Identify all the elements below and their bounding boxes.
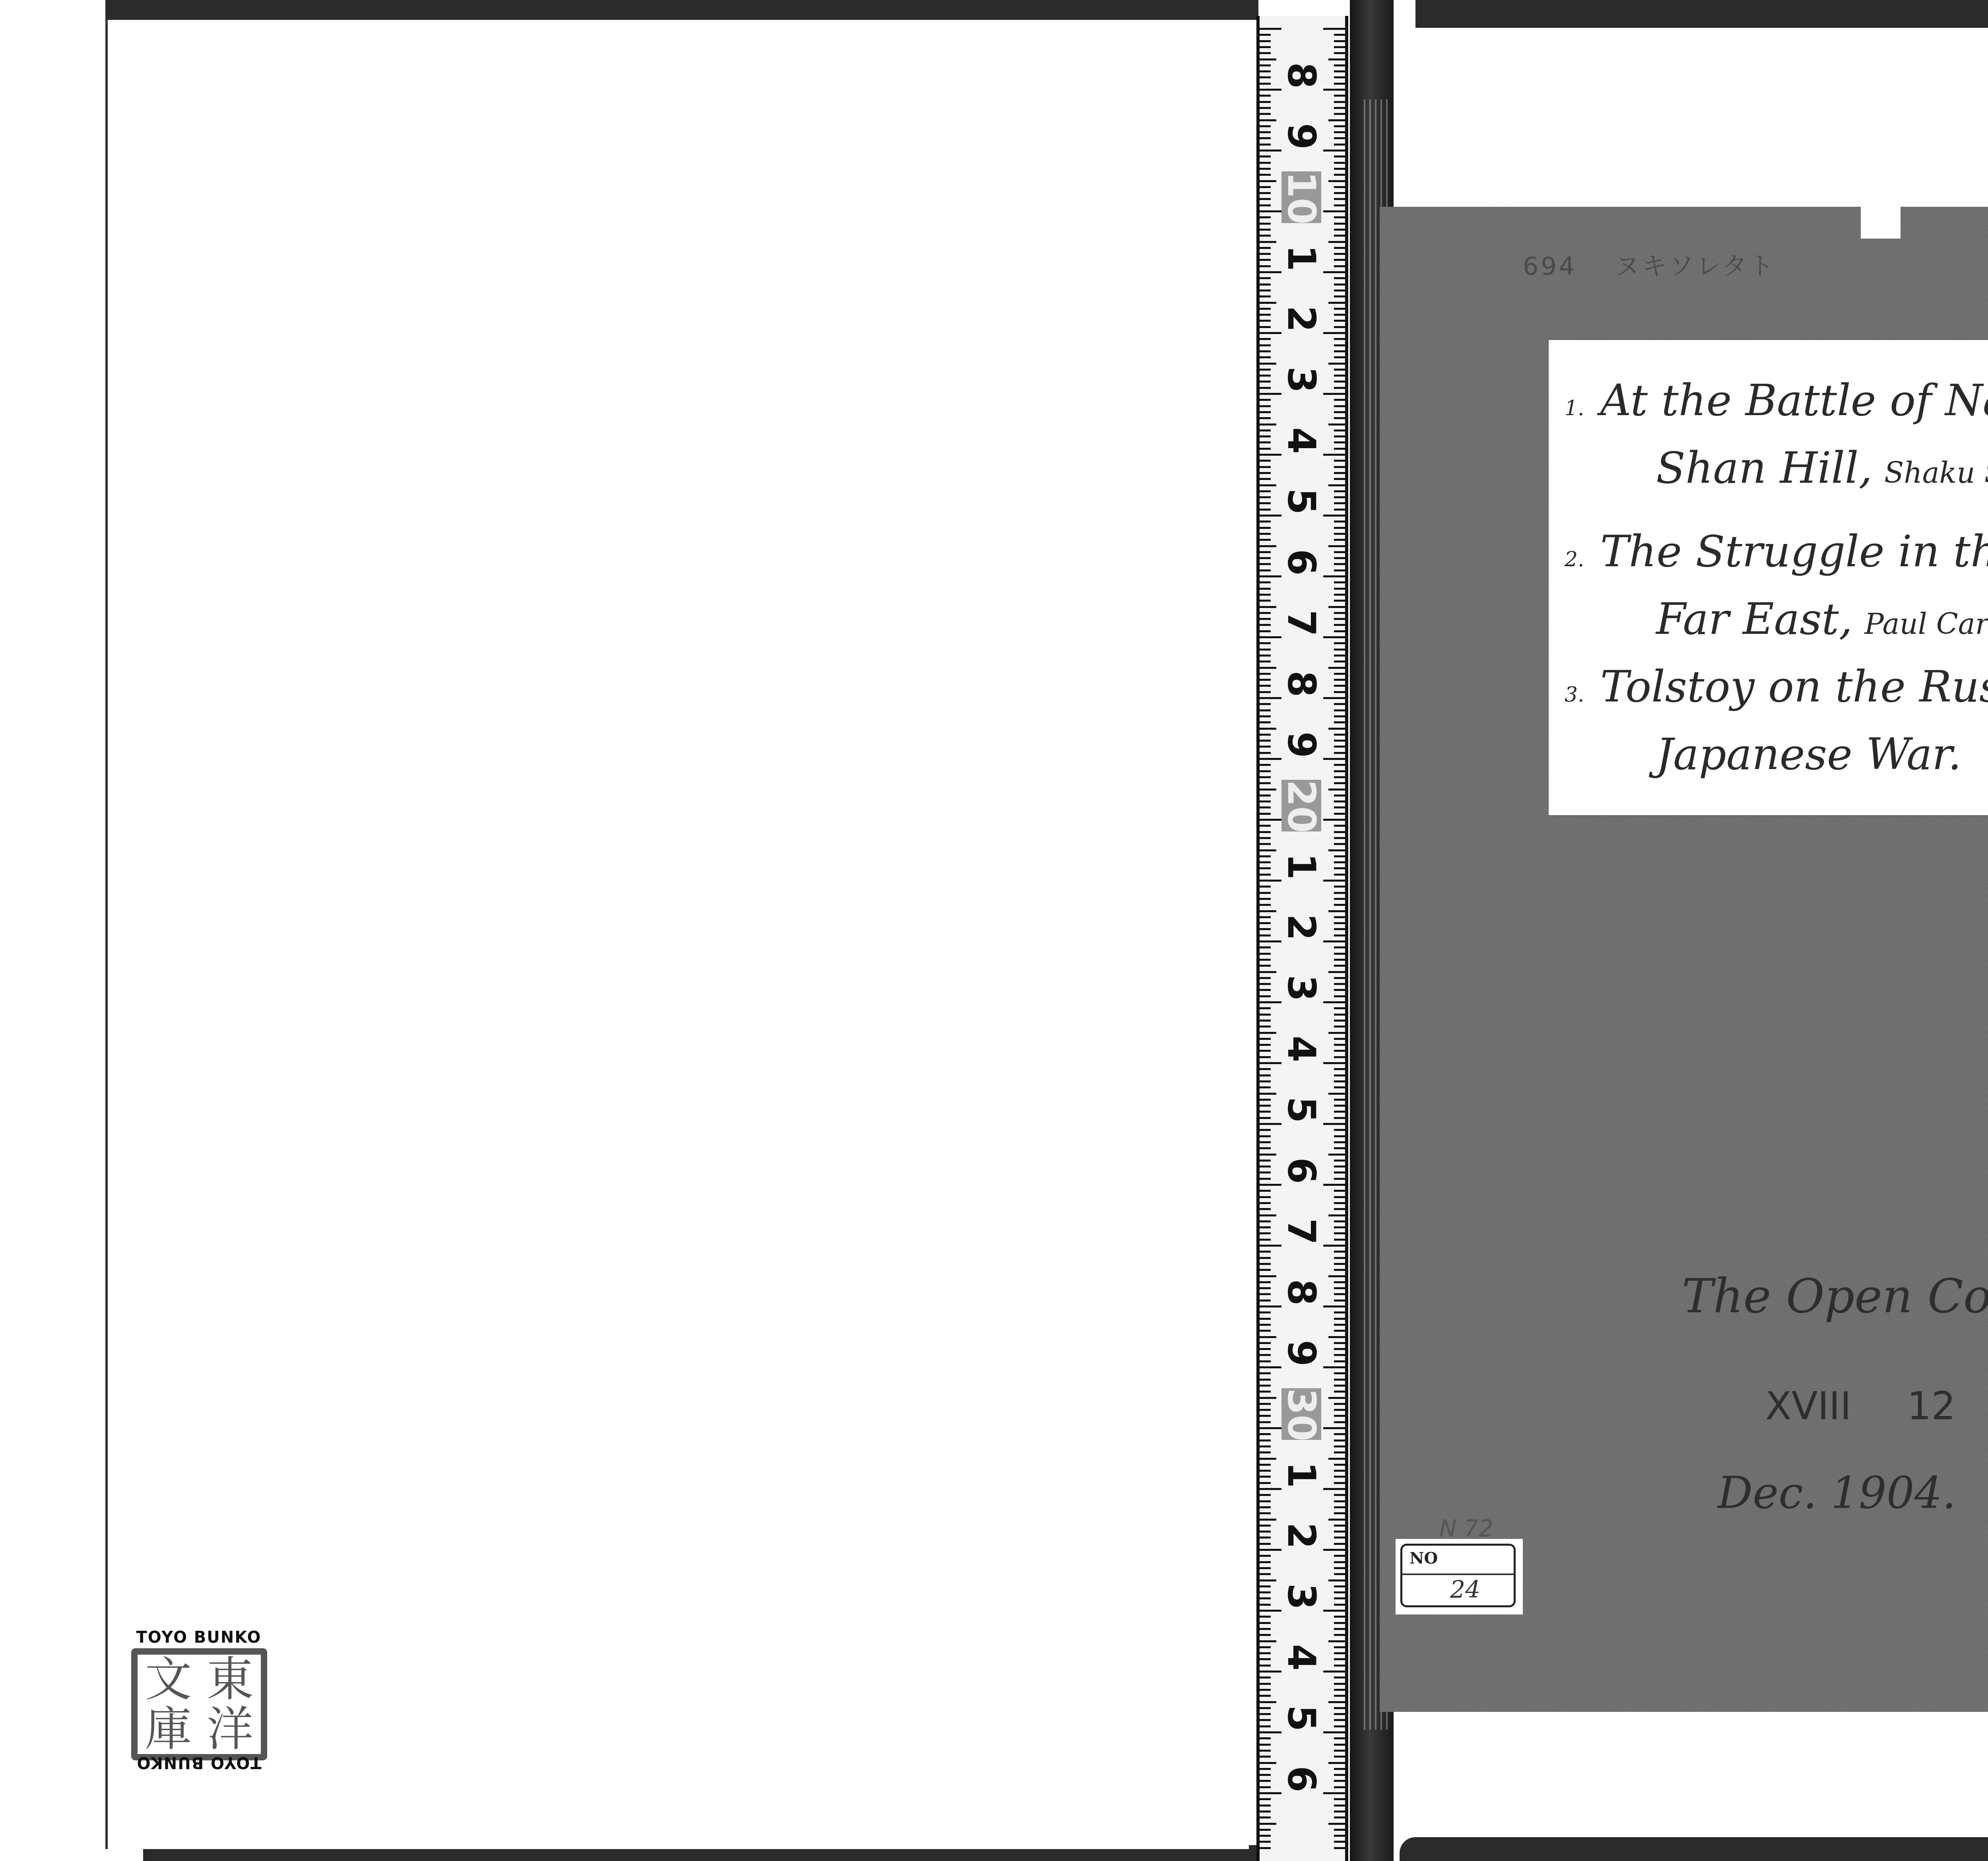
ruler-tick: [1260, 144, 1271, 146]
ruler-tick: [1334, 1360, 1345, 1362]
ruler-tick: [1334, 1111, 1345, 1113]
ruler-tick: [1260, 1093, 1276, 1095]
ruler-number: 10: [1281, 171, 1321, 223]
ruler-tick: [1260, 1208, 1271, 1210]
ruler-tick: [1260, 849, 1276, 851]
ruler-tick: [1260, 1111, 1271, 1113]
ruler-tick: [1334, 874, 1345, 876]
ruler-tick: [1260, 1725, 1271, 1727]
ruler-tick: [1260, 624, 1271, 626]
ruler-tick: [1334, 1403, 1345, 1405]
ruler-tick: [1334, 490, 1345, 492]
ruler-tick: [1260, 405, 1271, 407]
ruler-tick: [1334, 795, 1345, 796]
ruler-tick: [1334, 1725, 1345, 1727]
ruler-tick: [1260, 1445, 1271, 1447]
ruler-tick: [1260, 1622, 1271, 1624]
ruler-tick: [1260, 490, 1271, 492]
ruler-tick: [1334, 70, 1345, 72]
ruler-tick: [1334, 709, 1345, 711]
entry-3-line-2: Japanese War.: [1656, 730, 1961, 779]
ruler-tick: [1260, 685, 1271, 687]
ruler-tick: [1334, 216, 1345, 218]
ruler-tick: [1328, 1154, 1345, 1156]
ruler-tick: [1328, 1640, 1345, 1642]
ruler-tick: [1260, 1792, 1281, 1794]
ruler-tick: [1260, 284, 1271, 286]
issue-number: 12: [1907, 1384, 1955, 1428]
ruler-tick: [1334, 813, 1345, 815]
ruler-tick: [1334, 1780, 1345, 1782]
ruler-tick: [1260, 728, 1276, 730]
ruler-tick: [1334, 752, 1345, 754]
ruler-tick: [1334, 642, 1345, 644]
ruler-tick: [1260, 1744, 1271, 1746]
ruler-tick: [1260, 959, 1271, 961]
ruler-tick: [1328, 1519, 1345, 1521]
ruler-tick: [1334, 1451, 1345, 1453]
ruler-tick: [1334, 1050, 1345, 1052]
ruler-tick: [1260, 1038, 1271, 1040]
ruler-tick: [1334, 131, 1345, 133]
ruler-tick: [1260, 867, 1271, 869]
ruler-tick: [1260, 1652, 1271, 1654]
ruler-tick: [1328, 849, 1345, 851]
ruler-tick: [1334, 843, 1345, 845]
ruler-tick: [1260, 150, 1281, 152]
ruler-tick: [1334, 1129, 1345, 1131]
ruler-tick: [1334, 101, 1345, 103]
entry-1-line-1: 1.At the Battle of Nan-: [1565, 376, 1988, 425]
ruler-number: 8: [1281, 1267, 1321, 1318]
ruler-tick: [1260, 1086, 1271, 1088]
ruler-tick: [1260, 76, 1271, 78]
ruler-tick: [1328, 910, 1345, 912]
ruler-number: 3: [1281, 962, 1321, 1014]
ruler-tick: [1334, 1683, 1345, 1685]
ruler-tick: [1334, 1232, 1345, 1234]
ruler-tick: [1260, 1074, 1271, 1076]
ruler-tick: [1260, 1640, 1276, 1642]
ruler-tick: [1260, 435, 1271, 437]
ruler-tick: [1260, 1847, 1271, 1849]
ruler-number: 2: [1281, 1510, 1321, 1562]
ruler-tick: [1260, 259, 1271, 261]
ruler-tick: [1334, 886, 1345, 888]
ruler-tick: [1334, 995, 1345, 997]
entry-title: Japanese War.: [1656, 730, 1961, 779]
ruler-tick: [1334, 1713, 1345, 1715]
ruler-tick: [1260, 1020, 1271, 1022]
ruler-tick: [1334, 1178, 1345, 1180]
ruler-tick: [1328, 1762, 1345, 1764]
ruler-tick: [1260, 1750, 1271, 1752]
ruler-tick: [1334, 1805, 1345, 1807]
ruler-tick: [1260, 1178, 1271, 1180]
ruler-tick: [1334, 776, 1345, 778]
ruler-tick: [1334, 581, 1345, 583]
ruler-tick: [1323, 1366, 1345, 1368]
ruler-tick: [1334, 1841, 1345, 1843]
ruler-tick: [1260, 1780, 1271, 1782]
ruler-tick: [1260, 928, 1271, 930]
ruler-tick: [1334, 1135, 1345, 1137]
ruler-tick: [1334, 295, 1345, 297]
ruler-tick: [1260, 1117, 1271, 1119]
ruler-tick: [1334, 551, 1345, 553]
ruler-tick: [1260, 1099, 1271, 1101]
number-label: NO 24: [1396, 1539, 1523, 1614]
ruler-tick: [1334, 800, 1345, 802]
ruler-tick: [1260, 502, 1271, 504]
ruler-tick: [1334, 946, 1345, 948]
number-label-prefix: NO: [1409, 1549, 1438, 1568]
ruler-tick: [1334, 326, 1345, 328]
stamp-bottom-text: TOYO BUNKO: [127, 1753, 270, 1772]
ruler-tick: [1260, 295, 1271, 297]
ruler-tick: [1334, 1226, 1345, 1228]
ruler-tick: [1334, 204, 1345, 206]
ruler-tick: [1260, 216, 1271, 218]
ruler-tick: [1334, 76, 1345, 78]
ruler-tick: [1334, 502, 1345, 504]
ruler-tick: [1260, 1014, 1271, 1016]
ruler-tick: [1334, 229, 1345, 231]
ruler-tick: [1260, 594, 1271, 596]
ruler-tick: [1334, 1044, 1345, 1046]
ruler-tick: [1260, 1068, 1271, 1070]
number-label-divider: [1402, 1573, 1514, 1575]
ruler-tick: [1260, 363, 1276, 365]
ruler-tick: [1260, 1135, 1271, 1137]
ruler-tick: [1260, 174, 1271, 176]
ruler-tick: [1260, 1494, 1271, 1496]
ruler-tick: [1260, 241, 1276, 243]
ruler-tick: [1334, 1239, 1345, 1241]
ruler-tick: [1260, 1573, 1271, 1575]
ruler-tick: [1260, 983, 1271, 985]
ruler-number: 1: [1281, 1449, 1321, 1501]
ruler-tick: [1260, 843, 1271, 845]
ruler-tick: [1334, 630, 1345, 632]
ruler-tick: [1328, 1093, 1345, 1095]
ruler-tick: [1260, 1269, 1271, 1271]
ruler-tick: [1334, 928, 1345, 930]
ruler-tick: [1260, 679, 1271, 681]
ruler-tick: [1334, 721, 1345, 723]
ruler-tick: [1260, 819, 1281, 821]
ruler-tick: [1260, 977, 1271, 979]
ruler-tick: [1334, 338, 1345, 340]
ruler-tick: [1260, 1287, 1271, 1289]
ruler-tick: [1260, 1190, 1271, 1192]
ruler-tick: [1334, 1263, 1345, 1265]
ruler-tick: [1260, 277, 1271, 279]
ruler-tick: [1334, 441, 1345, 443]
ruler-tick: [1334, 1665, 1345, 1667]
ruler-tick: [1260, 448, 1271, 450]
ruler-tick: [1334, 1464, 1345, 1466]
ruler-tick: [1334, 1658, 1345, 1660]
ruler-tick: [1328, 728, 1345, 730]
ruler-tick: [1260, 703, 1271, 705]
ruler-tick: [1260, 1786, 1271, 1788]
ruler-tick: [1323, 758, 1345, 760]
ruler-tick: [1334, 496, 1345, 498]
ruler-tick: [1260, 155, 1271, 157]
ruler-tick: [1260, 965, 1271, 967]
ruler-tick: [1334, 1080, 1345, 1082]
ruler-tick: [1323, 1001, 1345, 1003]
ruler-tick: [1334, 1543, 1345, 1545]
ruler-tick: [1260, 1366, 1281, 1368]
ruler-tick: [1260, 1476, 1271, 1478]
ruler-tick: [1260, 180, 1276, 182]
ruler-tick: [1260, 302, 1276, 304]
ruler-tick: [1334, 113, 1345, 115]
contents-label: 1.At the Battle of Nan- Shan Hill,Shaku …: [1549, 340, 1988, 815]
ruler-tick: [1260, 1433, 1271, 1435]
ruler-tick: [1260, 1415, 1271, 1417]
ruler-tick: [1260, 1141, 1271, 1143]
entry-author: Shaku Sôyen.: [1884, 456, 1988, 490]
ruler-tick: [1260, 1129, 1271, 1131]
ruler-tick: [1334, 174, 1345, 176]
entry-author: Paul Carus.: [1864, 607, 1988, 641]
ruler-tick: [1334, 782, 1345, 784]
ruler-tick: [1260, 338, 1271, 340]
ruler-tick: [1260, 1336, 1276, 1338]
ruler-tick: [1260, 186, 1271, 188]
ruler-tick: [1260, 1816, 1271, 1818]
ruler-tick: [1260, 655, 1271, 657]
ruler-tick: [1260, 1823, 1276, 1825]
ruler-tick: [1260, 137, 1271, 139]
ruler-tick: [1323, 1184, 1345, 1186]
ruler-tick: [1323, 332, 1345, 334]
ruler-tick: [1260, 1421, 1271, 1423]
ruler-tick: [1260, 1080, 1271, 1082]
ruler-tick: [1334, 1816, 1345, 1818]
seal-char: 洋: [199, 1704, 261, 1754]
ruler-tick: [1260, 1506, 1271, 1508]
ruler-tick: [1334, 253, 1345, 255]
ruler-tick: [1260, 1671, 1281, 1673]
ruler-tick: [1260, 113, 1271, 115]
ruler-tick: [1334, 1007, 1345, 1009]
ruler-tick: [1260, 454, 1281, 456]
ruler-tick: [1334, 40, 1345, 42]
ruler-tick: [1323, 880, 1345, 882]
ruler-tick: [1334, 533, 1345, 535]
ruler-tick: [1260, 521, 1271, 523]
ruler-tick: [1334, 1348, 1345, 1350]
ruler-tick: [1334, 1105, 1345, 1107]
ruler-tick: [1260, 1604, 1271, 1606]
ruler-number: 7: [1281, 1206, 1321, 1257]
ruler-tick: [1323, 636, 1345, 638]
ruler-tick: [1260, 460, 1271, 462]
ruler-tick: [1260, 1500, 1271, 1502]
ruler-tick: [1334, 1500, 1345, 1502]
ruler-tick: [1260, 837, 1271, 839]
ruler-tick: [1260, 1171, 1271, 1173]
ruler-tick: [1334, 563, 1345, 565]
ruler-number: 8: [1281, 50, 1321, 101]
entry-2-line-2: Far East,Paul Carus.: [1656, 594, 1988, 644]
ruler-tick: [1260, 1646, 1271, 1648]
toyo-bunko-stamp-bottom-left: TOYO BUNKO 文 東 庫 洋 TOYO BUNKO: [127, 1628, 270, 1772]
ruler-tick: [1328, 241, 1345, 243]
ruler-tick: [1334, 1293, 1345, 1295]
ruler-tick: [1260, 1561, 1271, 1563]
ruler-tick: [1334, 1768, 1345, 1770]
ruler-tick: [1260, 1701, 1276, 1703]
ruler-tick: [1260, 1348, 1271, 1350]
ruler-tick: [1334, 1354, 1345, 1356]
seal-char: 東: [199, 1655, 261, 1704]
annotation-number: 694: [1523, 252, 1577, 281]
ruler-tick: [1260, 953, 1271, 955]
ruler-tick: [1334, 125, 1345, 127]
ruler-tick: [1260, 1007, 1271, 1009]
ruler-tick: [1334, 375, 1345, 377]
ruler-tick: [1260, 600, 1271, 602]
ruler-tick: [1260, 940, 1281, 942]
ruler-tick: [1334, 472, 1345, 474]
ruler-tick: [1334, 1391, 1345, 1393]
ruler-tick: [1334, 965, 1345, 967]
ruler-tick: [1260, 162, 1271, 164]
ruler-tick: [1260, 606, 1276, 608]
ruler-tick: [1334, 806, 1345, 808]
ruler-tick: [1260, 667, 1276, 669]
ruler-tick: [1260, 320, 1271, 322]
ruler-tick: [1334, 1597, 1345, 1599]
ruler-tick: [1323, 1549, 1345, 1551]
ruler-tick: [1260, 709, 1271, 711]
ruler-tick: [1334, 867, 1345, 869]
ruler-tick: [1334, 369, 1345, 371]
volume-number: XVIII: [1765, 1384, 1851, 1428]
ruler-tick: [1260, 697, 1281, 699]
ruler-tick: [1260, 806, 1271, 808]
ruler-tick: [1260, 660, 1271, 662]
ruler-tick: [1260, 1805, 1271, 1807]
journal-title: The Open Court,: [1682, 1269, 1988, 1323]
entry-1-line-2: Shan Hill,Shaku Sôyen.: [1656, 443, 1988, 493]
ruler-tick: [1260, 1689, 1271, 1691]
ruler-tick: [1323, 1792, 1345, 1794]
ruler-tick: [1323, 1427, 1345, 1429]
ruler-tick: [1260, 1756, 1271, 1758]
ruler-tick: [1260, 28, 1281, 30]
ruler-tick: [1334, 1281, 1345, 1283]
ruler-tick: [1334, 673, 1345, 675]
ruler-tick: [1260, 1105, 1271, 1107]
ruler-tick: [1334, 1196, 1345, 1198]
ruler-tick: [1334, 831, 1345, 833]
ruler-tick: [1260, 1829, 1271, 1831]
ruler-tick: [1260, 1451, 1271, 1453]
ruler-tick: [1260, 1147, 1271, 1149]
ruler-tick: [1334, 1445, 1345, 1447]
ruler-tick: [1260, 1549, 1281, 1551]
ruler-tick: [1260, 369, 1271, 371]
entry-number: 3.: [1565, 683, 1584, 707]
ruler-number: 9: [1281, 719, 1321, 771]
ruler-tick: [1328, 606, 1345, 608]
ruler-tick: [1260, 265, 1271, 267]
ruler-tick: [1334, 977, 1345, 979]
ruler-tick: [1260, 1543, 1271, 1545]
ruler-tick: [1334, 1020, 1345, 1022]
ruler-tick: [1260, 192, 1271, 194]
ruler-tick: [1334, 1616, 1345, 1618]
ruler-tick: [1260, 691, 1271, 693]
ruler-tick: [1334, 435, 1345, 437]
ruler-tick: [1334, 1190, 1345, 1192]
ruler-tick: [1260, 642, 1271, 644]
ruler-tick: [1260, 46, 1271, 48]
ruler-tick: [1328, 1336, 1345, 1338]
ruler-tick: [1334, 624, 1345, 626]
ruler-tick: [1334, 466, 1345, 468]
ruler-tick: [1334, 308, 1345, 310]
ruler-tick: [1323, 819, 1345, 821]
ruler-tick: [1260, 34, 1271, 36]
ruler-tick: [1334, 417, 1345, 419]
ruler-tick: [1334, 1202, 1345, 1204]
ruler-tick: [1334, 448, 1345, 450]
ruler-number: 6: [1281, 1753, 1321, 1805]
ruler-tick: [1260, 588, 1271, 590]
ruler-tick: [1260, 1232, 1271, 1234]
ruler-tick: [1323, 1610, 1345, 1612]
ruler-tick: [1260, 1305, 1281, 1307]
ruler-tick: [1260, 1391, 1271, 1393]
ruler-tick: [1260, 1525, 1271, 1527]
ruler-tick: [1260, 1056, 1271, 1058]
ruler-tick: [1260, 527, 1271, 529]
ruler-tick: [1328, 302, 1345, 304]
ruler-tick: [1260, 1683, 1271, 1685]
ruler-tick: [1260, 1360, 1271, 1362]
ruler-tick: [1260, 551, 1271, 553]
ruler-tick: [1260, 1567, 1271, 1569]
ruler-tick: [1260, 1300, 1271, 1302]
ruler-tick: [1260, 429, 1271, 431]
ruler-tick: [1260, 1665, 1271, 1667]
ruler-tick: [1260, 946, 1271, 948]
ruler-number: 4: [1281, 1632, 1321, 1683]
ruler-number: 1: [1281, 841, 1321, 892]
ruler-tick: [1260, 496, 1271, 498]
ruler-tick: [1334, 107, 1345, 109]
ruler-tick: [1260, 892, 1271, 894]
ruler-tick: [1323, 1123, 1345, 1125]
ruler-tick: [1260, 1597, 1271, 1599]
ruler-tick: [1260, 910, 1276, 912]
scan-edge-bottom-right: [1400, 1837, 1988, 1861]
ruler-number: 7: [1281, 597, 1321, 649]
ruler-tick: [1334, 679, 1345, 681]
ruler-tick: [1334, 1160, 1345, 1162]
number-label-value: 24: [1450, 1576, 1480, 1604]
ruler-tick: [1328, 119, 1345, 121]
ruler-tick: [1328, 363, 1345, 365]
ruler-tick: [1334, 594, 1345, 596]
